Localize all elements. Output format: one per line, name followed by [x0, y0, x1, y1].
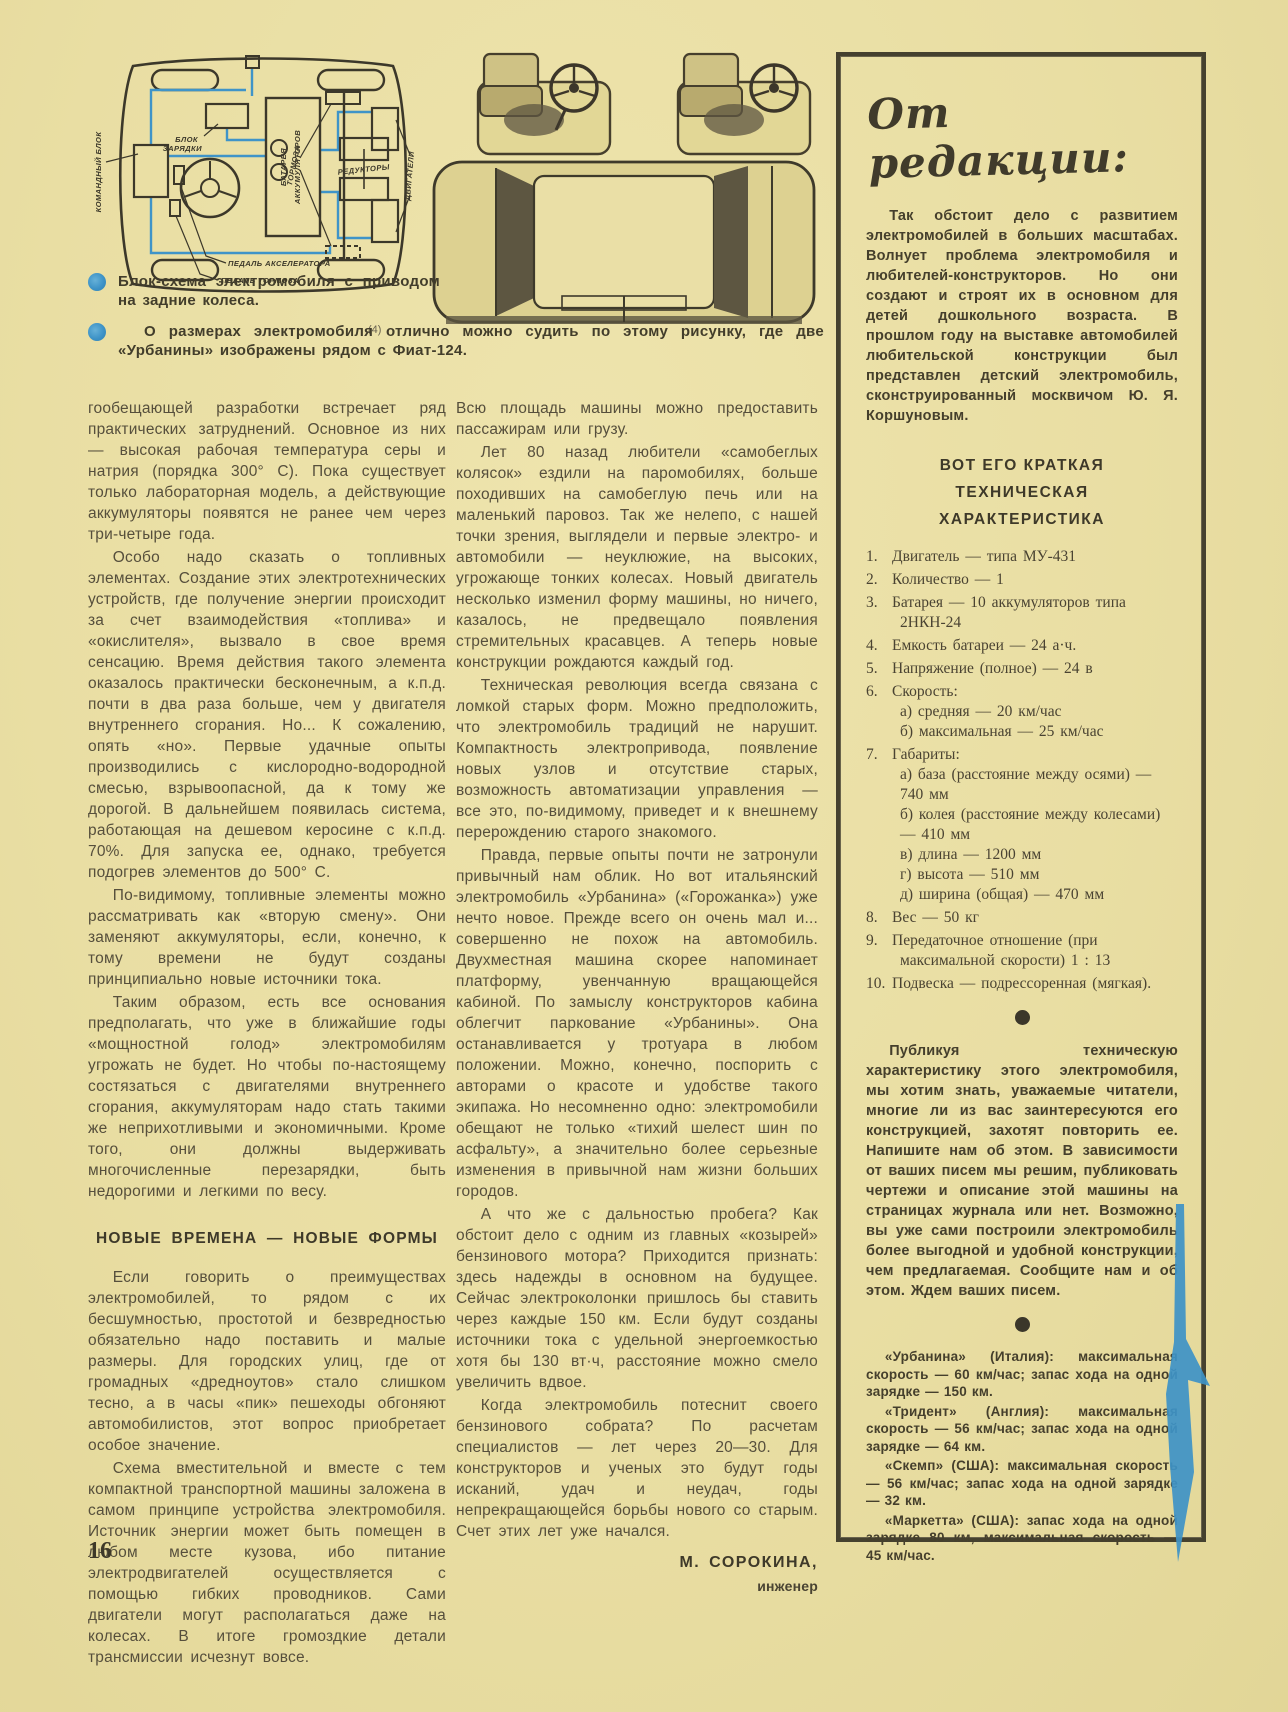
- model-item: «Маркетта» (США): запас хода на одной за…: [866, 1512, 1178, 1565]
- spec-item: 5.Напряжение (полное) — 24 в: [866, 659, 1178, 679]
- wheel-front-left: [152, 70, 218, 90]
- magazine-page: КОМАНДНЫЙ БЛОК БЛОК ЗАРЯДКИ БАТАРЕЯ АККУ…: [0, 0, 1288, 1712]
- sidebar-title: От редакции:: [867, 82, 1179, 188]
- spec-item: 4.Емкость батареи — 24 а·ч.: [866, 636, 1178, 656]
- car-outline: [120, 59, 406, 292]
- spec-text: Емкость батареи — 24 а·ч.: [892, 637, 1076, 654]
- diagram-caption: Блок-схема электромобиля с приводом на з…: [88, 272, 440, 310]
- spec-item: 1.Двигатель — типа МУ-431: [866, 547, 1178, 567]
- label-charger-1: БЛОК: [175, 135, 199, 144]
- paragraph: Если говорить о преимуществах электромоб…: [88, 1267, 446, 1456]
- wire: [151, 197, 330, 253]
- article-left-column: гообещающей разработки встречает ряд пра…: [88, 398, 446, 1670]
- wire: [227, 128, 266, 140]
- spec-number: 2.: [866, 570, 892, 590]
- paragraph: Техническая революция всегда связана с л…: [456, 675, 818, 843]
- label-command-block: КОМАНДНЫЙ БЛОК: [94, 131, 103, 213]
- spec-item: 8.Вес — 50 кг: [866, 908, 1178, 928]
- paragraph: Всю площадь машины можно предоставить па…: [456, 398, 818, 440]
- spec-item: 3.Батарея — 10 аккумуляторов типа 2НКН-2…: [866, 593, 1178, 633]
- paragraph: Таким образом, есть все основания предпо…: [88, 992, 446, 1202]
- article-middle-column: Всю площадь машины можно предоставить па…: [456, 398, 818, 1597]
- spec-item: 6.Скорость: а) средняя — 20 км/час б) ма…: [866, 682, 1178, 742]
- spec-number: 6.: [866, 682, 892, 702]
- sidebar-note: Публикуя техническую характеристику этог…: [866, 1041, 1178, 1301]
- wheel-rear-left: [318, 70, 384, 90]
- paragraph: Особо надо сказать о топливных элементах…: [88, 547, 446, 883]
- paragraph: По-видимому, топливные элементы можно ра…: [88, 885, 446, 990]
- label-accel-pedal: ПЕДАЛЬ АКСЕЛЕРАТОРА: [228, 259, 331, 268]
- wire: [320, 192, 372, 238]
- spec-number: 8.: [866, 908, 892, 928]
- page-number: 16: [88, 1538, 112, 1565]
- spec-number: 5.: [866, 659, 892, 679]
- steering-hub: [201, 179, 219, 197]
- model-item: «Скемп» (США): максимальная скорость — 5…: [866, 1457, 1178, 1510]
- spoke: [184, 191, 201, 197]
- spec-item: 10.Подвеска — подрессоренная (мягкая).: [866, 974, 1178, 994]
- author-role: инженер: [456, 1576, 818, 1597]
- spec-text: Подвеска — подрессоренная (мягкая).: [892, 975, 1151, 992]
- paragraph: Схема вместительной и вместе с тем компа…: [88, 1458, 446, 1668]
- urbanina-cart-1: [478, 54, 610, 154]
- spec-number: 9.: [866, 931, 892, 951]
- leader-line: [176, 216, 218, 280]
- spec-number: 10.: [866, 974, 892, 994]
- size-comparison-illustration: [428, 50, 822, 328]
- spec-text: Габариты: а) база (расстояние между осям…: [892, 746, 1160, 903]
- section-heading: НОВЫЕ ВРЕМЕНА — НОВЫЕ ФОРМЫ: [96, 1228, 446, 1249]
- spec-text: Батарея — 10 аккумуляторов типа 2НКН-24: [892, 594, 1126, 631]
- spec-number: 3.: [866, 593, 892, 613]
- spec-number: 4.: [866, 636, 892, 656]
- urbanina-fiat-drawing: [428, 50, 822, 328]
- diagram-caption-text: Блок-схема электромобиля с приводом на з…: [118, 272, 440, 310]
- electric-car-schematic: КОМАНДНЫЙ БЛОК БЛОК ЗАРЯДКИ БАТАРЕЯ АККУ…: [88, 50, 436, 302]
- wire: [320, 112, 372, 150]
- spec-item: 2.Количество — 1: [866, 570, 1178, 590]
- leader-line: [300, 170, 331, 246]
- urbanina-cart-2: [678, 54, 810, 154]
- spec-list: 1.Двигатель — типа МУ-431 2.Количество —…: [866, 547, 1178, 994]
- spec-heading: ВОТ ЕГО КРАТКАЯ ТЕХНИЧЕСКАЯ ХАРАКТЕРИСТИ…: [872, 452, 1172, 533]
- spec-item: 9.Передаточное отношение (при максимальн…: [866, 931, 1178, 971]
- paragraph: А что же с дальностью пробега? Как обсто…: [456, 1204, 818, 1393]
- fiat-124-top-view: [434, 162, 814, 324]
- label-charger-2: ЗАРЯДКИ: [163, 144, 202, 153]
- motor-box-bottom: [372, 200, 398, 242]
- spec-text: Двигатель — типа МУ-431: [892, 548, 1076, 565]
- caption-bullet-icon: [88, 273, 106, 291]
- model-item: «Урбанина» (Италия): максимальная скорос…: [866, 1348, 1178, 1401]
- model-list: «Урбанина» (Италия): максимальная скорос…: [866, 1348, 1178, 1564]
- paragraph: Правда, первые опыты почти не затронули …: [456, 845, 818, 1202]
- author-signature: М. СОРОКИНА, инженер: [456, 1552, 818, 1597]
- brake-pedal: [170, 200, 180, 216]
- wire: [151, 90, 246, 145]
- spec-text: Вес — 50 кг: [892, 909, 979, 926]
- editorial-sidebar: От редакции: Так обстоит дело с развитие…: [836, 52, 1206, 1542]
- illustration-caption-text: О размерах электромобиля отлично можно с…: [118, 322, 824, 360]
- section-divider-dot-icon: [1015, 1010, 1030, 1025]
- spec-number: 7.: [866, 745, 892, 765]
- motor-box-top: [372, 108, 398, 150]
- sidebar-intro: Так обстоит дело с развитием электромоби…: [866, 206, 1178, 426]
- spec-text: Количество — 1: [892, 571, 1004, 588]
- charger-box: [206, 104, 248, 128]
- spec-text: Передаточное отношение (при максимальной…: [892, 932, 1110, 969]
- paragraph: гообещающей разработки встречает ряд пра…: [88, 398, 446, 545]
- author-name: М. СОРОКИНА,: [456, 1552, 818, 1573]
- spec-text: Напряжение (полное) — 24 в: [892, 660, 1093, 677]
- spec-text: Скорость: а) средняя — 20 км/час б) макс…: [892, 683, 1103, 740]
- caption-bullet-icon: [88, 323, 106, 341]
- model-item: «Тридент» (Англия): максимальная скорост…: [866, 1403, 1178, 1456]
- spoke: [219, 191, 236, 197]
- spec-item: 7.Габариты: а) база (расстояние между ос…: [866, 745, 1178, 905]
- paragraph: Когда электромобиль потеснит своего бенз…: [456, 1395, 818, 1542]
- illustration-caption: О размерах электромобиля отлично можно с…: [88, 322, 824, 360]
- section-divider-dot-icon: [1015, 1317, 1030, 1332]
- spec-number: 1.: [866, 547, 892, 567]
- block-diagram-figure: КОМАНДНЫЙ БЛОК БЛОК ЗАРЯДКИ БАТАРЕЯ АККУ…: [88, 50, 436, 302]
- paragraph: Лет 80 назад любители «самобеглых колясо…: [456, 442, 818, 673]
